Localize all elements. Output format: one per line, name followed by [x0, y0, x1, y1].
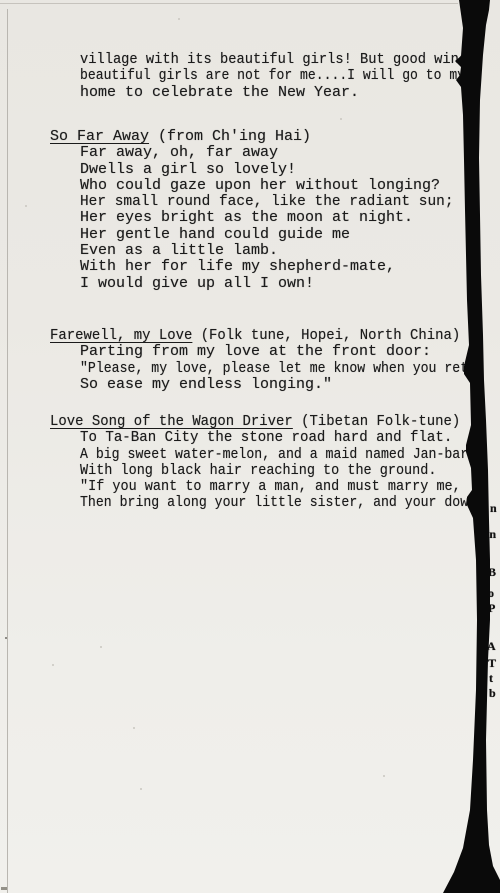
- scan-gutter-band-shape: [443, 0, 500, 893]
- scanned-page: village with its beautiful girls! But go…: [0, 0, 500, 893]
- scan-gutter-band: [0, 0, 500, 893]
